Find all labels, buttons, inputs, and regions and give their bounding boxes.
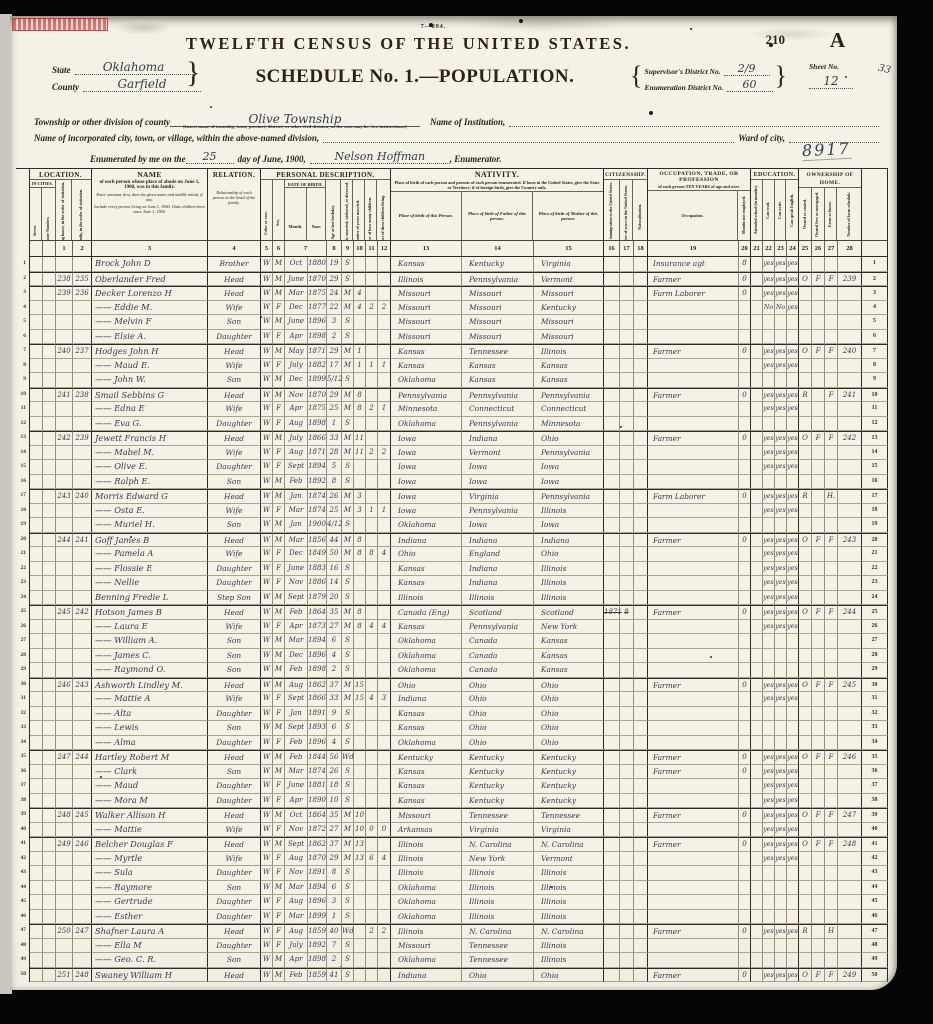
line-number-right: 22 xyxy=(862,562,888,577)
cell-mar: M xyxy=(342,286,354,301)
cell-eng: yes xyxy=(787,359,799,374)
cell-street xyxy=(30,576,43,591)
cell-age: 27 xyxy=(327,620,342,635)
cell-read xyxy=(763,707,775,722)
cell-pob: Kansas xyxy=(391,359,462,374)
cell-pob: Oklahoma xyxy=(391,953,462,968)
cell-fs: 249 xyxy=(838,968,862,983)
cell-own xyxy=(799,765,812,780)
cell-imm xyxy=(604,939,620,954)
cell-house xyxy=(43,939,56,954)
cell-occ xyxy=(648,330,739,345)
cell-street xyxy=(30,272,43,287)
table-row: 17243240Morris Edward GHeadWMJan187426M3… xyxy=(16,489,888,504)
cell-mar: S xyxy=(342,315,354,330)
cell-mar: S xyxy=(342,866,354,881)
dwelling-column-label: Number of dwelling house, in the order o… xyxy=(61,180,66,241)
cell-house xyxy=(43,475,56,490)
cell-fh xyxy=(825,620,838,635)
cell-month: Apr xyxy=(285,620,308,635)
cell-occ xyxy=(648,576,739,591)
enumerated-line: Enumerated by me on the 25 day of June, … xyxy=(90,150,697,164)
column-number: 13 xyxy=(391,241,462,257)
cell-pm: Iowa xyxy=(534,518,604,533)
line-number-left: 27 xyxy=(16,634,30,649)
cell-house xyxy=(43,794,56,809)
cell-dw xyxy=(56,417,73,432)
cell-mne: 0 xyxy=(739,924,751,939)
cell-mar: S xyxy=(342,765,354,780)
cell-yrsus xyxy=(620,634,634,649)
cell-year: 1894 xyxy=(308,881,327,896)
cell-rel: Daughter xyxy=(208,939,261,954)
cell-nat xyxy=(634,881,648,896)
cell-mort xyxy=(812,504,825,519)
cell-pm: Minnesota xyxy=(534,417,604,432)
cell-street xyxy=(30,765,43,780)
cell-fam xyxy=(73,460,92,475)
cell-pm: Kentucky xyxy=(534,794,604,809)
cell-year: 1900 xyxy=(308,518,327,533)
name-group: NAME of each person whose place of abode… xyxy=(92,169,208,241)
table-row: 5—— Melvin FSonWMJune18963SMissouriMisso… xyxy=(16,315,888,330)
cell-yrsus xyxy=(620,910,634,925)
line-number-left: 24 xyxy=(16,591,30,606)
cell-mort xyxy=(812,881,825,896)
cell-nat xyxy=(634,663,648,678)
cell-fh xyxy=(825,736,838,751)
cell-year: 1880 xyxy=(308,257,327,272)
cell-own xyxy=(799,649,812,664)
cell-pob: Kansas xyxy=(391,344,462,359)
cell-liv xyxy=(378,460,391,475)
cell-yrsus xyxy=(620,417,634,432)
cell-street xyxy=(30,402,43,417)
cell-rel: Daughter xyxy=(208,562,261,577)
cell-imm xyxy=(604,823,620,838)
cell-occ xyxy=(648,866,739,881)
cell-month: Dec xyxy=(285,649,308,664)
cell-mort xyxy=(812,547,825,562)
table-row: 14—— Mabel M.WifeWFAug187128M1122IowaVer… xyxy=(16,446,888,461)
cell-nat xyxy=(634,649,648,664)
cell-ym xyxy=(354,707,366,722)
cell-yrsus xyxy=(620,678,634,693)
cell-imm xyxy=(604,678,620,693)
cell-ym xyxy=(354,562,366,577)
cell-imm xyxy=(604,562,620,577)
cell-liv xyxy=(378,591,391,606)
cell-mne xyxy=(739,953,751,968)
cell-eng: yes xyxy=(787,402,799,417)
line-number-left: 28 xyxy=(16,649,30,664)
cell-ym: 1 xyxy=(354,359,366,374)
cell-sch xyxy=(751,344,763,359)
cell-sch xyxy=(751,547,763,562)
cell-write: yes xyxy=(775,750,787,765)
cell-pf: Ohio xyxy=(462,721,534,736)
cell-fam xyxy=(73,707,92,722)
location-title: LOCATION. xyxy=(30,169,91,179)
cell-write: yes xyxy=(775,359,787,374)
cell-dw: 246 xyxy=(56,678,73,693)
cell-write: yes xyxy=(775,504,787,519)
months-not-employed-column-label: Months not employed. xyxy=(742,194,747,236)
cell-mne: 0 xyxy=(739,286,751,301)
line-number-right: 9 xyxy=(862,373,888,388)
cell-name: —— Mattie xyxy=(92,823,208,838)
cell-liv xyxy=(378,272,391,287)
cell-sex: F xyxy=(273,402,285,417)
owned-free-column-label: Owned free or mortgaged. xyxy=(815,190,820,239)
cell-own xyxy=(799,402,812,417)
cell-rel: Brother xyxy=(208,257,261,272)
cell-read: yes xyxy=(763,837,775,852)
cell-mne: 0 xyxy=(739,388,751,403)
cell-rel: Wife xyxy=(208,852,261,867)
cell-sch xyxy=(751,707,763,722)
cell-month: Sept xyxy=(285,692,308,707)
cell-mort xyxy=(812,446,825,461)
cell-mort: F xyxy=(812,837,825,852)
cell-occ xyxy=(648,518,739,533)
cell-eng: yes xyxy=(787,504,799,519)
cell-name: Jewett Francis H xyxy=(92,431,208,446)
cell-eng: yes xyxy=(787,344,799,359)
cell-street xyxy=(30,678,43,693)
line-number-left: 37 xyxy=(16,779,30,794)
cell-mort xyxy=(812,823,825,838)
cell-occ xyxy=(648,562,739,577)
cell-name: —— Edna E xyxy=(92,402,208,417)
cell-year: 1896 xyxy=(308,315,327,330)
schedule-title: SCHEDULE No. 1.—POPULATION. xyxy=(200,66,630,88)
column-number: 4 xyxy=(208,241,261,257)
cell-moth xyxy=(366,388,378,403)
cell-mar: S xyxy=(342,649,354,664)
cell-pf: Illinois xyxy=(462,881,534,896)
page-title: TWELFTH CENSUS OF THE UNITED STATES. xyxy=(70,34,747,54)
cell-rel: Son xyxy=(208,721,261,736)
cell-eng xyxy=(787,649,799,664)
cell-read xyxy=(763,475,775,490)
cell-house xyxy=(43,649,56,664)
cell-mort: F xyxy=(812,678,825,693)
cell-street xyxy=(30,692,43,707)
cell-fh xyxy=(825,475,838,490)
can-speak-english-column-label: Can speak English. xyxy=(790,192,795,229)
year-column-label: Year. xyxy=(312,224,321,229)
cell-fs xyxy=(838,765,862,780)
cell-sex: F xyxy=(273,794,285,809)
cell-dw xyxy=(56,736,73,751)
personal-title: PERSONAL DESCRIPTION. xyxy=(261,169,390,179)
cell-dw xyxy=(56,373,73,388)
cell-dw xyxy=(56,721,73,736)
cell-own xyxy=(799,562,812,577)
cell-nat xyxy=(634,330,648,345)
cell-sch xyxy=(751,939,763,954)
cell-pob: Oklahoma xyxy=(391,895,462,910)
cell-mar: S xyxy=(342,794,354,809)
cell-dw: 238 xyxy=(56,272,73,287)
cell-fh xyxy=(825,649,838,664)
cell-liv xyxy=(378,808,391,823)
cell-ym: 3 xyxy=(354,489,366,504)
cell-month: Feb xyxy=(285,605,308,620)
cell-nat xyxy=(634,736,648,751)
cell-rel: Daughter xyxy=(208,779,261,794)
cell-nat xyxy=(634,968,648,983)
cell-moth xyxy=(366,953,378,968)
cell-rel: Son xyxy=(208,518,261,533)
mother-of-column-label: Mother of how many children. xyxy=(368,195,373,241)
cell-name: Belcher Douglas F xyxy=(92,837,208,852)
cell-pf: Pennsylvania xyxy=(462,272,534,287)
cell-dw xyxy=(56,663,73,678)
cell-mne: 0 xyxy=(739,533,751,548)
cell-eng: yes xyxy=(787,968,799,983)
table-row: 18—— Osta E.WifeWFMar187425M311IowaPenns… xyxy=(16,504,888,519)
cell-imm xyxy=(604,736,620,751)
cell-house xyxy=(43,605,56,620)
cell-mort xyxy=(812,315,825,330)
cell-name: Hodges John H xyxy=(92,344,208,359)
cell-street xyxy=(30,721,43,736)
cell-eng xyxy=(787,330,799,345)
cell-fs xyxy=(838,330,862,345)
cell-pob: Indiana xyxy=(391,533,462,548)
cell-eng: yes xyxy=(787,286,799,301)
cell-fh: F xyxy=(825,808,838,823)
cell-fs: 241 xyxy=(838,388,862,403)
cell-name: —— Alma xyxy=(92,736,208,751)
cell-name: Walker Allison H xyxy=(92,808,208,823)
cell-eng xyxy=(787,895,799,910)
cell-mort: F xyxy=(812,808,825,823)
cell-moth xyxy=(366,750,378,765)
cell-street xyxy=(30,417,43,432)
cell-rel: Step Son xyxy=(208,591,261,606)
cell-occ xyxy=(648,692,739,707)
cell-imm xyxy=(604,475,620,490)
cell-moth xyxy=(366,649,378,664)
cell-pm: Ohio xyxy=(534,431,604,446)
cell-mort xyxy=(812,286,825,301)
cell-fh xyxy=(825,518,838,533)
line-number-left: 18 xyxy=(16,504,30,519)
cell-yrsus xyxy=(620,953,634,968)
cell-mort xyxy=(812,489,825,504)
cell-mar: M xyxy=(342,852,354,867)
cell-write: yes xyxy=(775,446,787,461)
cell-nat xyxy=(634,315,648,330)
cell-pm: Ohio xyxy=(534,968,604,983)
pob-person-column-label: Place of birth of this Person. xyxy=(397,213,455,218)
cell-age: 2 xyxy=(327,663,342,678)
cell-moth xyxy=(366,939,378,954)
cell-imm xyxy=(604,620,620,635)
cell-read xyxy=(763,315,775,330)
cell-moth xyxy=(366,591,378,606)
cell-nat xyxy=(634,808,648,823)
cell-fs xyxy=(838,649,862,664)
cell-occ xyxy=(648,359,739,374)
cell-dw: 247 xyxy=(56,750,73,765)
cell-imm xyxy=(604,344,620,359)
cell-moth xyxy=(366,475,378,490)
cell-fs xyxy=(838,620,862,635)
cell-moth xyxy=(366,910,378,925)
cell-name: —— Sula xyxy=(92,866,208,881)
cell-ym xyxy=(354,460,366,475)
sheet-value: 12 xyxy=(809,74,853,89)
cell-age: 14 xyxy=(327,576,342,591)
cell-sch xyxy=(751,591,763,606)
cell-street xyxy=(30,533,43,548)
cell-fam xyxy=(73,779,92,794)
cell-liv: 1 xyxy=(378,402,391,417)
cell-pm: Illinois xyxy=(534,344,604,359)
personal-group: PERSONAL DESCRIPTION. Color or race. Sex… xyxy=(261,169,391,241)
cell-month: Aug xyxy=(285,678,308,693)
cell-mort xyxy=(812,736,825,751)
cell-fam xyxy=(73,939,92,954)
cell-nat xyxy=(634,765,648,780)
cell-fh xyxy=(825,765,838,780)
cell-eng: yes xyxy=(787,692,799,707)
cell-year: 1898 xyxy=(308,330,327,345)
cell-yrsus xyxy=(620,794,634,809)
cell-street xyxy=(30,707,43,722)
cell-own: O xyxy=(799,678,812,693)
cell-liv xyxy=(378,721,391,736)
cell-eng: yes xyxy=(787,837,799,852)
table-row: 32—— AltaDaughterWFJan18919SKansasOhioOh… xyxy=(16,707,888,722)
cell-liv: 4 xyxy=(378,852,391,867)
cell-pm: Connecticut xyxy=(534,402,604,417)
cell-fam xyxy=(73,649,92,664)
cell-own xyxy=(799,910,812,925)
cell-street xyxy=(30,475,43,490)
page-number: 210 xyxy=(766,32,786,48)
cell-color: W xyxy=(261,315,273,330)
cell-pf: Indiana xyxy=(462,576,534,591)
cell-eng: yes xyxy=(787,750,799,765)
cell-sex: F xyxy=(273,866,285,881)
line-number-right: 24 xyxy=(862,591,888,606)
cell-pob: Oklahoma xyxy=(391,417,462,432)
cell-dw xyxy=(56,475,73,490)
cell-pf: Kentucky xyxy=(462,779,534,794)
cell-sex: F xyxy=(273,910,285,925)
cell-liv: 1 xyxy=(378,359,391,374)
cell-pf: Scotland xyxy=(462,605,534,620)
cell-nat xyxy=(634,620,648,635)
cell-month: June xyxy=(285,779,308,794)
cell-color: W xyxy=(261,953,273,968)
table-row: 27—— William A.SonWMMar18946SOklahomaCan… xyxy=(16,634,888,649)
cell-sch xyxy=(751,634,763,649)
column-number: 22 xyxy=(763,241,775,257)
cell-imm xyxy=(604,808,620,823)
cell-age: 8 xyxy=(327,475,342,490)
cell-liv: 2 xyxy=(378,924,391,939)
cell-mar: M xyxy=(342,431,354,446)
cell-sch xyxy=(751,301,763,316)
cell-mne xyxy=(739,591,751,606)
cell-mort xyxy=(812,866,825,881)
cell-nat xyxy=(634,939,648,954)
line-number-right: 45 xyxy=(862,895,888,910)
cell-fam: 240 xyxy=(73,489,92,504)
table-row: 43—— SulaDaughterWFNov18918SIllinoisIlli… xyxy=(16,866,888,881)
cell-fs xyxy=(838,562,862,577)
cell-dw: 249 xyxy=(56,837,73,852)
cell-sch xyxy=(751,794,763,809)
cell-pf: Indiana xyxy=(462,562,534,577)
cell-yrsus xyxy=(620,344,634,359)
line-number-left: 50 xyxy=(16,968,30,983)
cell-pf: Kentucky xyxy=(462,257,534,272)
cell-house xyxy=(43,315,56,330)
cell-street xyxy=(30,895,43,910)
cell-fam xyxy=(73,823,92,838)
cell-moth xyxy=(366,721,378,736)
cell-imm xyxy=(604,547,620,562)
cell-eng: yes xyxy=(787,779,799,794)
cell-sch xyxy=(751,330,763,345)
cell-sex: M xyxy=(273,649,285,664)
cell-yrsus xyxy=(620,721,634,736)
line-number-right: 3 xyxy=(862,286,888,301)
cell-month: Sept xyxy=(285,721,308,736)
cell-write: yes xyxy=(775,765,787,780)
cell-year: 1877 xyxy=(308,301,327,316)
cell-dw xyxy=(56,939,73,954)
cell-year: 1874 xyxy=(308,765,327,780)
cell-liv: 2 xyxy=(378,446,391,461)
cell-eng: yes xyxy=(787,852,799,867)
cell-mne xyxy=(739,373,751,388)
line-number-left: 44 xyxy=(16,881,30,896)
cell-moth: 1 xyxy=(366,359,378,374)
cell-rel: Head xyxy=(208,605,261,620)
column-number: 5 xyxy=(261,241,273,257)
cell-pf: Indiana xyxy=(462,533,534,548)
cell-read: yes xyxy=(763,431,775,446)
cell-pm: Missouri xyxy=(534,315,604,330)
cell-ym xyxy=(354,765,366,780)
cell-color: W xyxy=(261,330,273,345)
cell-pob: Illinois xyxy=(391,272,462,287)
cell-house xyxy=(43,924,56,939)
cell-month: Apr xyxy=(285,402,308,417)
cell-name: —— Mabel M. xyxy=(92,446,208,461)
cell-yrsus xyxy=(620,707,634,722)
cell-fs xyxy=(838,446,862,461)
cell-sex: M xyxy=(273,344,285,359)
cell-own xyxy=(799,852,812,867)
cell-dw xyxy=(56,402,73,417)
cell-moth xyxy=(366,968,378,983)
cell-street xyxy=(30,591,43,606)
column-number: 21 xyxy=(751,241,763,257)
cell-own: O xyxy=(799,750,812,765)
cell-liv xyxy=(378,881,391,896)
column-number xyxy=(43,241,56,257)
cell-rel: Wife xyxy=(208,692,261,707)
